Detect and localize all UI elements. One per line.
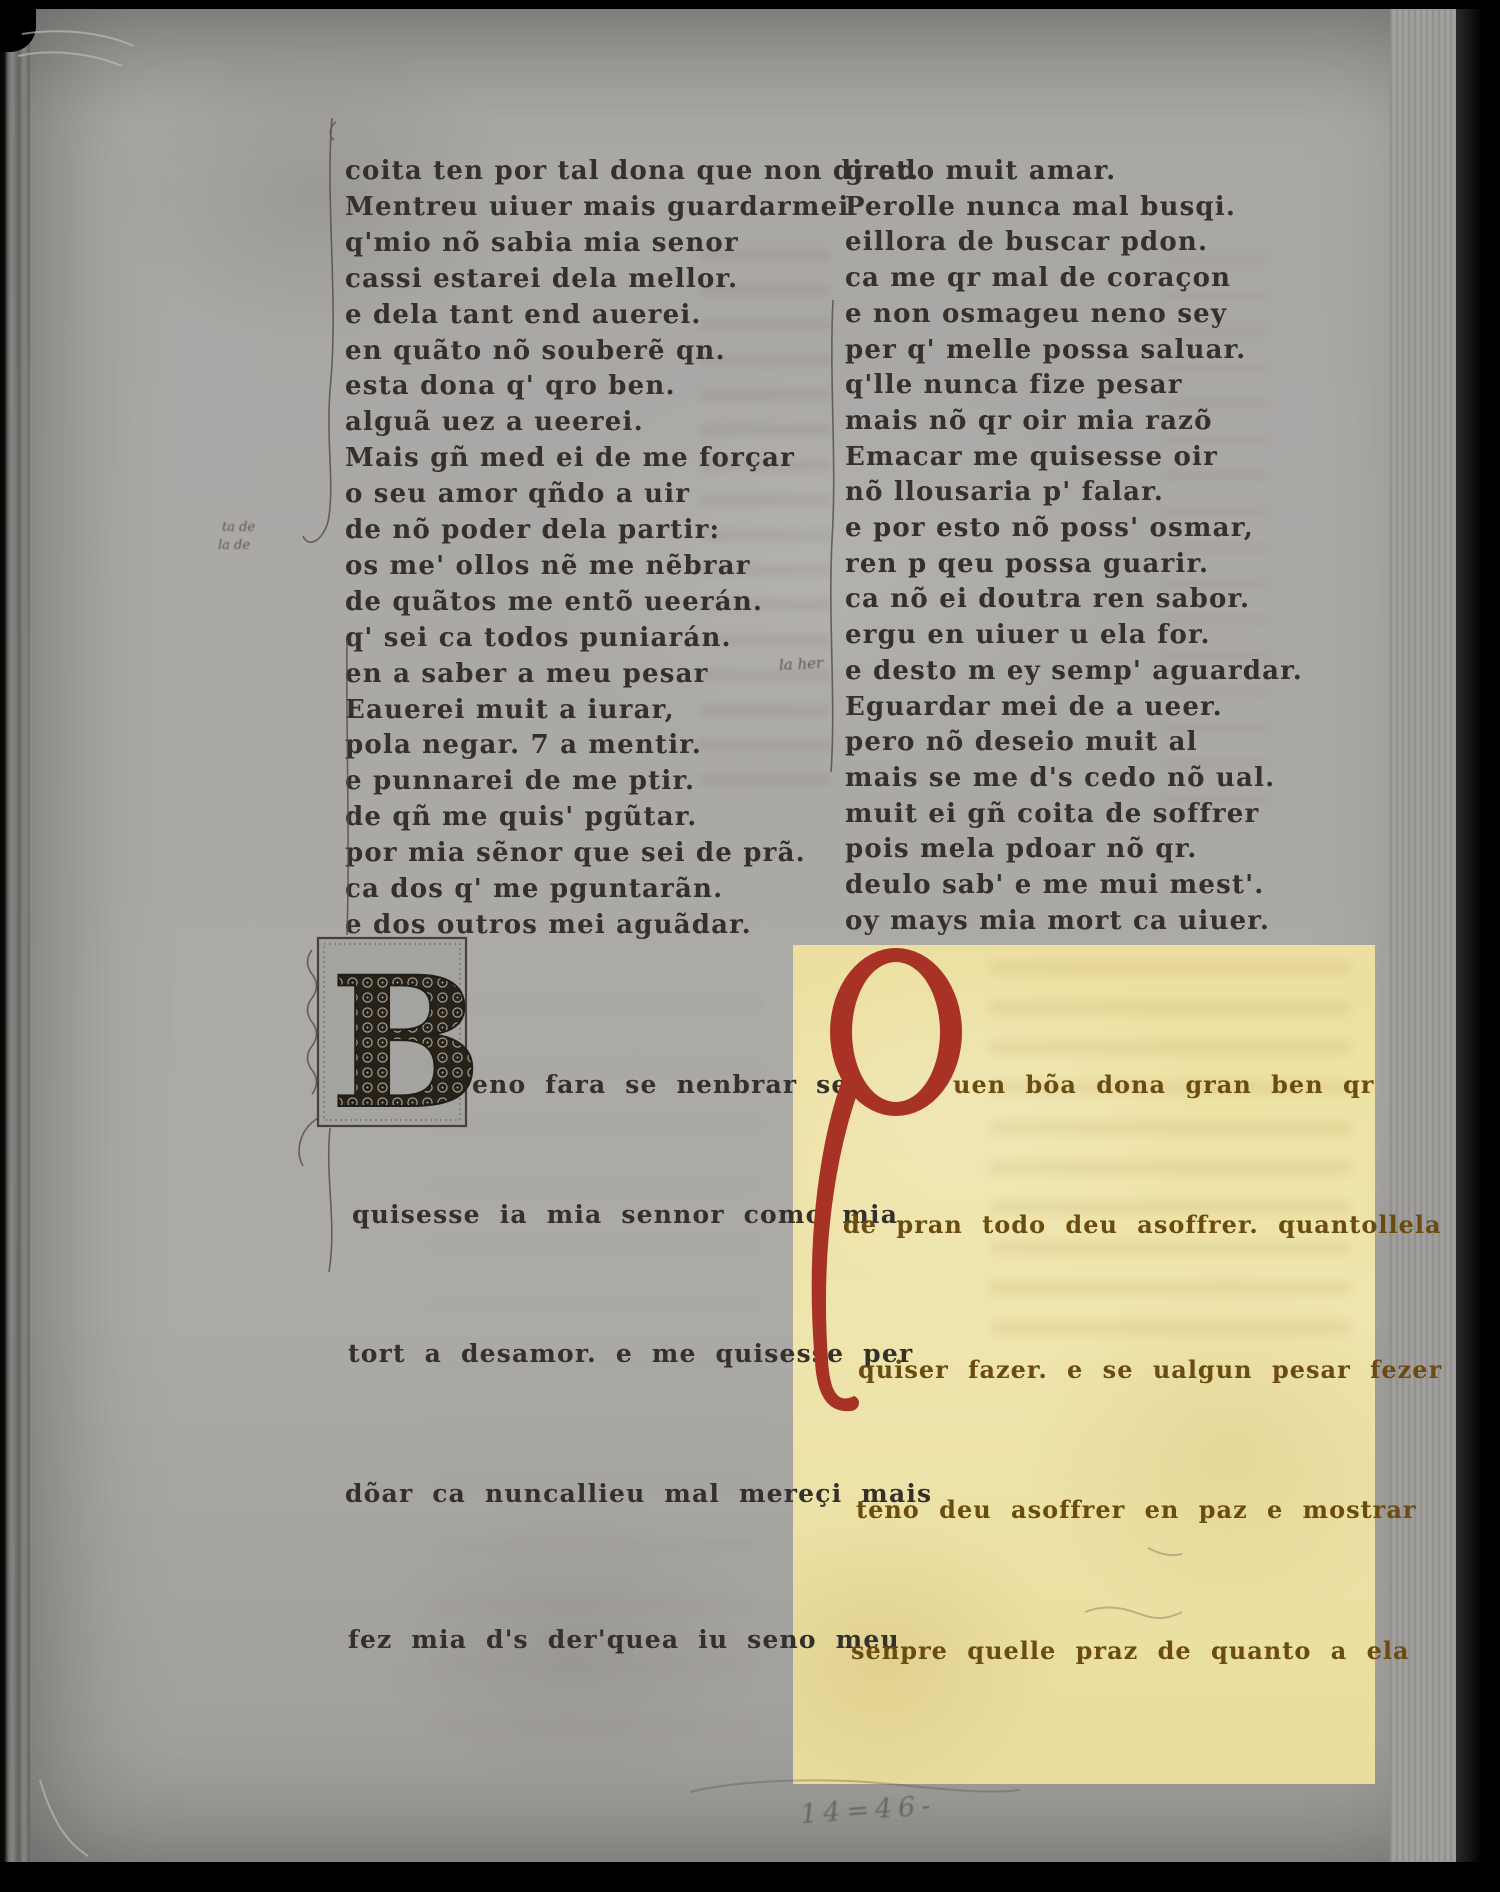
decoration-layer: B: [0, 0, 1500, 1892]
red-initial-Q: [812, 948, 962, 1411]
illuminated-initial-B: B: [318, 938, 482, 1149]
svg-text:B: B: [330, 938, 482, 1149]
manuscript-photo: coita ten por tal dona que non diret.Men…: [0, 0, 1500, 1892]
page-corner-edges: [18, 31, 134, 1856]
pencil-squiggle: [690, 1548, 1182, 1792]
